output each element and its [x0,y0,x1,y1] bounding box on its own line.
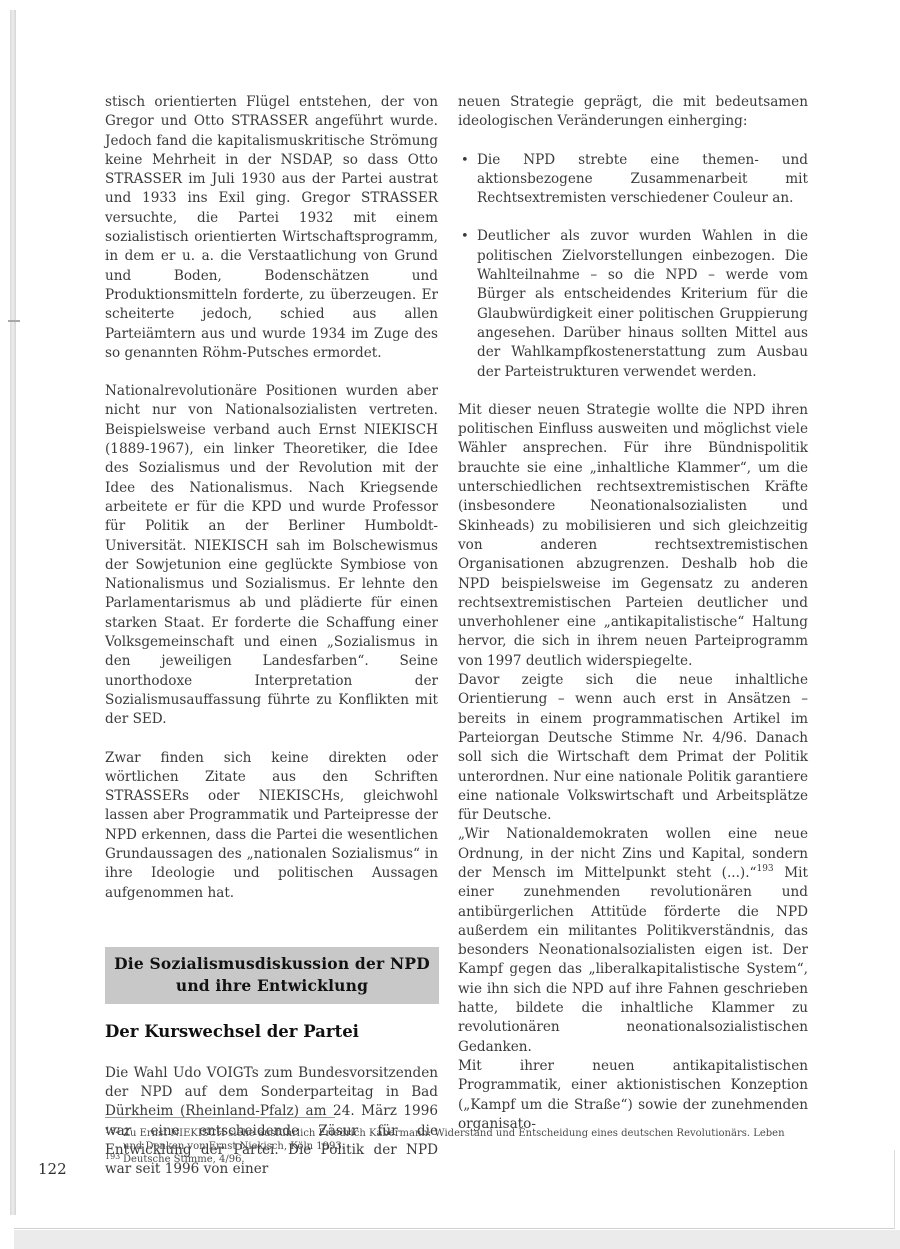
sub-heading: Der Kurswechsel der Partei [105,1022,438,1042]
footnote-divider [105,1117,335,1118]
strategy-bullet-list: • Die NPD strebte eine themen- und aktio… [458,151,808,382]
paragraph-strategy-intro: neuen Strategie geprägt, die mit bedeuts… [458,93,808,132]
paragraph-nationaler-sozialismus: Zwar finden sich keine direkten oder wör… [105,749,438,903]
bullet-icon: • [461,227,469,246]
paragraph-orientation: Davor zeigte sich die neue inhaltliche O… [458,671,808,825]
footnote-number: 192 [105,1124,120,1137]
left-column: stisch orientierten Flügel entstehen, de… [105,93,438,1180]
scan-left-edge [10,10,16,1215]
page-right-edge [894,1150,895,1229]
section-heading: Die Sozialismusdiskussion der NPD und ih… [105,947,439,1004]
footnote-ref-193[interactable]: 193 [756,864,773,874]
scan-edge-mark [8,320,20,322]
bullet-item: • Die NPD strebte eine themen- und aktio… [458,151,808,209]
footnote-193: 193 Deutsche Stimme, 4/96. [105,1153,805,1166]
page-bottom-edge [14,1228,894,1229]
bullet-item: • Deutlicher als zuvor wurden Wahlen in … [458,227,808,381]
paragraph-strategy: Mit dieser neuen Strategie wollte die NP… [458,401,808,671]
paragraph-final: Mit ihrer neuen antikapitalistischen Pro… [458,1057,808,1134]
bullet-icon: • [461,151,469,170]
paragraph-niekisch: Nationalrevolutionäre Positionen wurden … [105,382,438,729]
paragraph-quote: „Wir Nationaldemokraten wollen eine neue… [458,825,808,1057]
page-number: 122 [38,1160,67,1178]
bullet-text: Deutlicher als zuvor wurden Wahlen in di… [477,228,808,379]
footnote-text: Zu Ernst NIEKISCH siehe ausführlich Frie… [123,1128,785,1152]
paragraph-strasser: stisch orientierten Flügel entstehen, de… [105,93,438,363]
quote-continuation: Mit einer zunehmenden revolutionären und… [458,865,808,1055]
right-column: neuen Strategie geprägt, die mit bedeuts… [458,93,808,1134]
footnote-number: 193 [105,1150,120,1163]
bullet-text: Die NPD strebte eine themen- und aktions… [477,152,808,207]
footnote-192: 192 Zu Ernst NIEKISCH siehe ausführlich … [105,1127,805,1153]
footnotes: 192 Zu Ernst NIEKISCH siehe ausführlich … [105,1127,805,1166]
footnote-text: Deutsche Stimme, 4/96. [123,1154,245,1165]
scan-bottom-shadow [14,1230,900,1249]
